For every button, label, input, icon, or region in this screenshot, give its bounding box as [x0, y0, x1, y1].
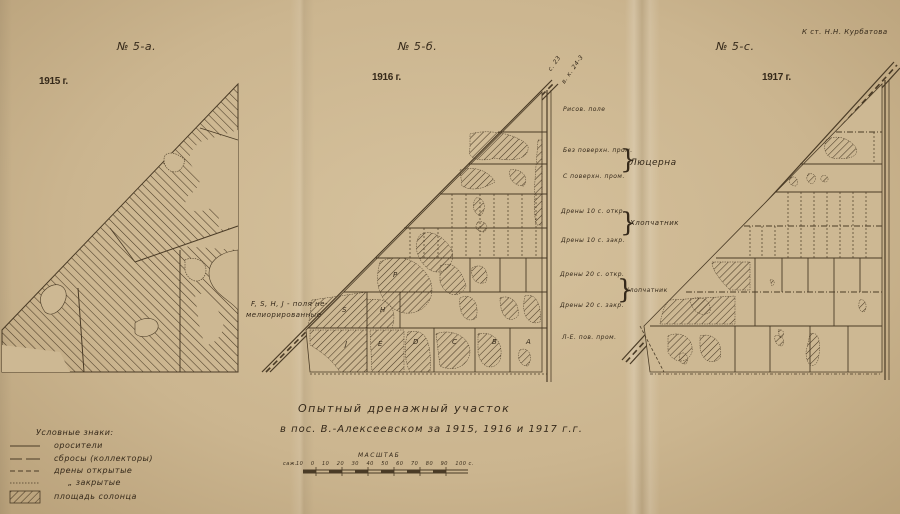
scale-tick: 60 [396, 461, 403, 467]
group-label-cotton-2: Хлопчатник [625, 287, 668, 294]
plate-1917-year: 1917 г. [762, 72, 791, 83]
field-letter-s: S [342, 306, 347, 314]
unreclaimed-fields-note-line1: F, S, H, J - поля не- [251, 300, 328, 308]
legend-item-irrigators: оросители [54, 441, 103, 450]
scale-tick: 40 [366, 461, 373, 467]
group-label-cotton-1: Хлопчатник [630, 219, 679, 227]
field-letter-h: H [380, 306, 386, 314]
scale-unit: саж. [283, 461, 297, 467]
group-label-alfalfa: Люцерна [630, 158, 677, 168]
row-label-drains-10-open: Дрены 10 с. откр. [561, 208, 625, 215]
row-label-drains-20-closed: Дрены 20 с. закр. [560, 302, 624, 309]
field-letter-p: P [393, 271, 398, 279]
legend-swatches [10, 446, 40, 503]
attribution-label: К ст. Н.Н. Курбатова [802, 28, 888, 36]
plate-1915-number: № 5-а. [117, 40, 156, 53]
scale-tick: 80 [426, 461, 433, 467]
field-letter-d: D [413, 338, 419, 346]
row-label-drains-20-open: Дрены 20 с. откр. [560, 271, 624, 278]
scale-tick: 10 [296, 461, 303, 467]
scale-bar [303, 467, 468, 476]
plate-1917-number: № 5-с. [716, 40, 754, 53]
row-label-with-surface-flush: С поверхн. пром. [563, 173, 625, 180]
field-letter-c: C [452, 338, 457, 346]
row-label-surface-flush: Л-Е. пов. пром. [562, 334, 617, 341]
plate-1916-map [262, 80, 558, 382]
document-title-line1: Опытный дренажный участок [298, 402, 510, 415]
plate-1916-year: 1916 г. [372, 72, 401, 83]
row-label-drains-10-closed: Дрены 10 с. закр. [561, 237, 625, 244]
scale-tick: 100 с. [455, 461, 473, 467]
legend-item-open-drains: дрены открытые [54, 466, 132, 475]
plate-1916-number: № 5-б. [398, 40, 437, 53]
row-label-rice-field: Рисов. поле [563, 106, 605, 113]
field-letter-e: E [378, 340, 383, 348]
field-letter-b: B [492, 338, 497, 346]
scale-title: Масштаб [358, 452, 400, 459]
scale-tick: 50 [381, 461, 388, 467]
scale-tick: 90 [441, 461, 448, 467]
scale-tick: 70 [411, 461, 418, 467]
field-letter-j: J [345, 340, 348, 348]
document-title-line2: в пос. В.-Алексеевском за 1915, 1916 и 1… [280, 424, 583, 435]
plate-1915-map [2, 84, 238, 372]
scale-tick: 30 [352, 461, 359, 467]
scale-tick: 10 [322, 461, 329, 467]
plate-1915-year: 1915 г. [39, 76, 68, 87]
legend-item-collectors: сбросы (коллекторы) [54, 454, 153, 463]
legend-item-closed-drains: „ закрытые [68, 478, 121, 487]
field-letter-a: A [526, 338, 531, 346]
legend-item-saline-area: площадь солонца [54, 492, 137, 501]
scale-tick: 0 [311, 461, 315, 467]
unreclaimed-fields-note-line2: мелиорированные [246, 311, 322, 319]
legend-title: Условные знаки: [36, 428, 114, 437]
scale-tick: 20 [337, 461, 344, 467]
scale-ticks: 10 0 10 20 30 40 50 60 70 80 90 100 с. [296, 461, 474, 467]
